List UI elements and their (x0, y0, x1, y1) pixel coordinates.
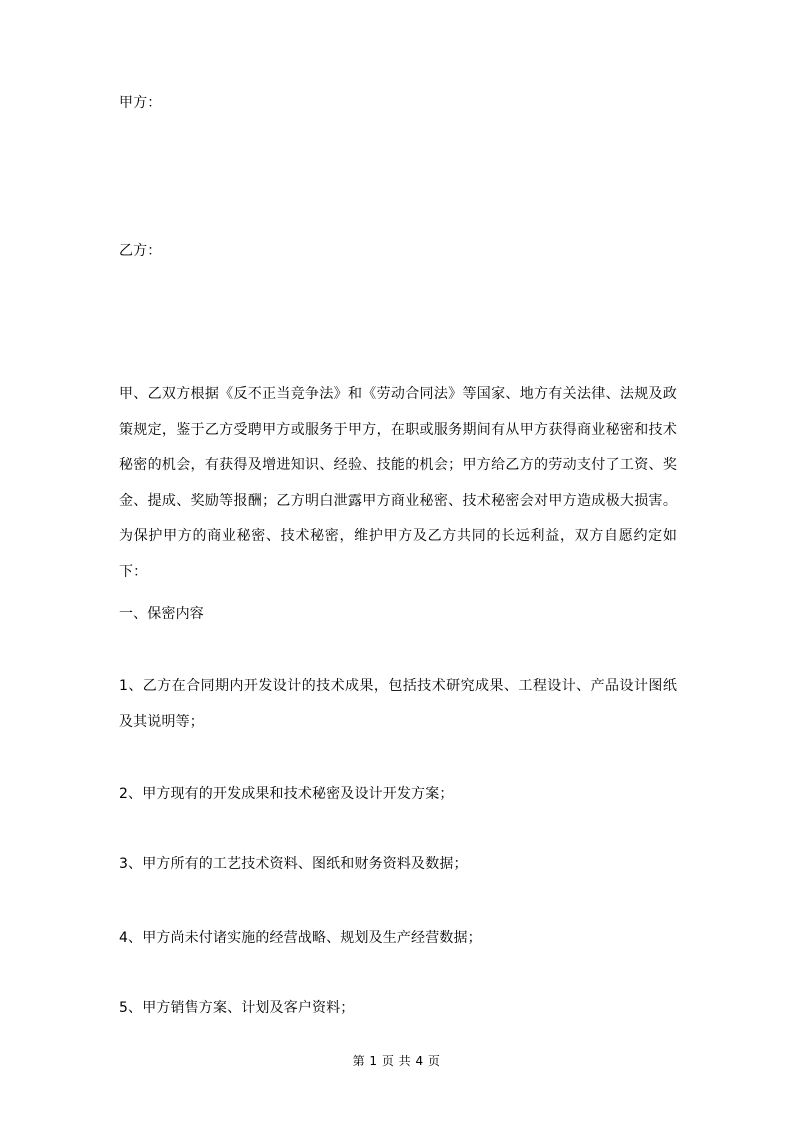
page-number-indicator: 第 1 页 共 4 页 (0, 1053, 793, 1069)
section-heading-confidentiality-content: 一、保密内容 (119, 597, 204, 633)
confidentiality-item-5: 5、甲方销售方案、计划及客户资料； (119, 991, 677, 1027)
party-a-label: 甲方： (119, 86, 161, 122)
confidentiality-item-1: 1、乙方在合同期内开发设计的技术成果，包括技术研究成果、工程设计、产品设计图纸及… (119, 669, 677, 740)
confidentiality-item-4: 4、甲方尚未付诸实施的经营战略、规划及生产经营数据； (119, 921, 677, 957)
confidentiality-item-2: 2、甲方现有的开发成果和技术秘密及设计开发方案； (119, 777, 677, 813)
confidentiality-item-3: 3、甲方所有的工艺技术资料、图纸和财务资料及数据； (119, 847, 677, 883)
party-b-label: 乙方： (119, 234, 161, 270)
preamble-paragraph: 甲、乙双方根据《反不正当竞争法》和《劳动合同法》等国家、地方有关法律、法规及政策… (119, 377, 677, 590)
contract-document-page: 甲方： 乙方： 甲、乙双方根据《反不正当竞争法》和《劳动合同法》等国家、地方有关… (0, 0, 793, 1122)
